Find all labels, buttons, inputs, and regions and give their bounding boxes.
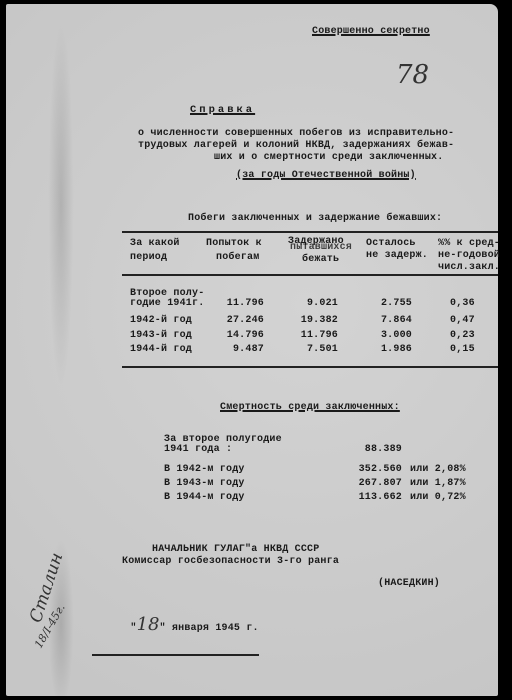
mortality-value: 267.807 [350,478,402,489]
handwritten-day: 18 [137,614,160,635]
row-percent: 0,15 [450,344,475,355]
title-line-1: о численности совершенных побегов из исп… [138,128,454,139]
document-subtitle: (за годы Отечественной войны) [236,170,416,181]
document-page: Совершенно секретно 78 Справка о численн… [6,4,498,696]
row-percent: 0,36 [450,298,475,309]
table-bottom-rule [122,366,498,368]
mortality-percent: или 1,87% [410,478,466,489]
row-attempts: 27.246 [216,315,264,326]
mortality-label: В 1942-м году [164,464,245,475]
col-header-caught: бежать [302,254,339,265]
escapes-table-caption: Побеги заключенных и задержание бежавших… [188,213,442,224]
mortality-percent: или 2,08% [410,464,466,475]
col-header-remaining: Осталось [366,238,416,249]
mortality-value: 88.389 [350,444,402,455]
row-caught: 7.501 [286,344,338,355]
table-top-rule [122,231,498,233]
col-header-attempts: побегам [216,252,259,263]
col-header-remaining: не задерж. [366,250,428,261]
row-period: 1943-й год [130,330,192,341]
col-header-attempts: Попыток к [206,238,262,249]
col-header-percent: не-годовой [438,250,500,261]
mortality-label: 1941 года : [164,444,232,455]
table-header-rule [122,274,498,276]
signatory-title: НАЧАЛЬНИК ГУЛАГ"а НКВД СССР [152,544,319,555]
row-remaining: 3.000 [362,330,412,341]
row-remaining: 1.986 [362,344,412,355]
classification-stamp: Совершенно секретно [312,26,430,37]
row-attempts: 14.796 [216,330,264,341]
col-header-percent: числ.закл. [438,262,500,273]
row-caught: 19.382 [286,315,338,326]
row-caught: 9.021 [286,298,338,309]
row-percent: 0,47 [450,315,475,326]
col-header-percent: %% к сред- [438,238,500,249]
row-caught: 11.796 [286,330,338,341]
row-remaining: 7.864 [362,315,412,326]
mortality-value: 352.560 [350,464,402,475]
col-header-period: период [130,252,167,263]
row-percent: 0,23 [450,330,475,341]
signatory-rank: Комиссар госбезопасности 3-го ранга [122,556,339,567]
signatory-name: (НАСЕДКИН) [378,578,440,589]
mortality-label: В 1944-м году [164,492,245,503]
row-remaining: 2.755 [362,298,412,309]
title-line-3: ших и о смертности среди заключенных. [214,152,443,163]
col-header-period: За какой [130,238,180,249]
document-heading: Справка [190,104,255,116]
date-month-year: " января 1945 г. [160,623,259,634]
mortality-caption: Смертность среди заключенных: [220,402,400,413]
mortality-label: В 1943-м году [164,478,245,489]
row-attempts: 11.796 [216,298,264,309]
col-header-caught-overtype: пытавшихся [290,242,352,253]
document-date: "18" января 1945 г. [92,596,259,656]
title-line-2: трудовых лагерей и колоний НКВД, задержа… [138,140,454,151]
row-attempts: 9.487 [216,344,264,355]
mortality-value: 113.662 [350,492,402,503]
row-period: 1944-й год [130,344,192,355]
handwritten-page-number: 78 [396,60,429,90]
row-period: 1942-й год [130,315,192,326]
mortality-percent: или 0,72% [410,492,466,503]
row-period: годие 1941г. [130,298,204,309]
